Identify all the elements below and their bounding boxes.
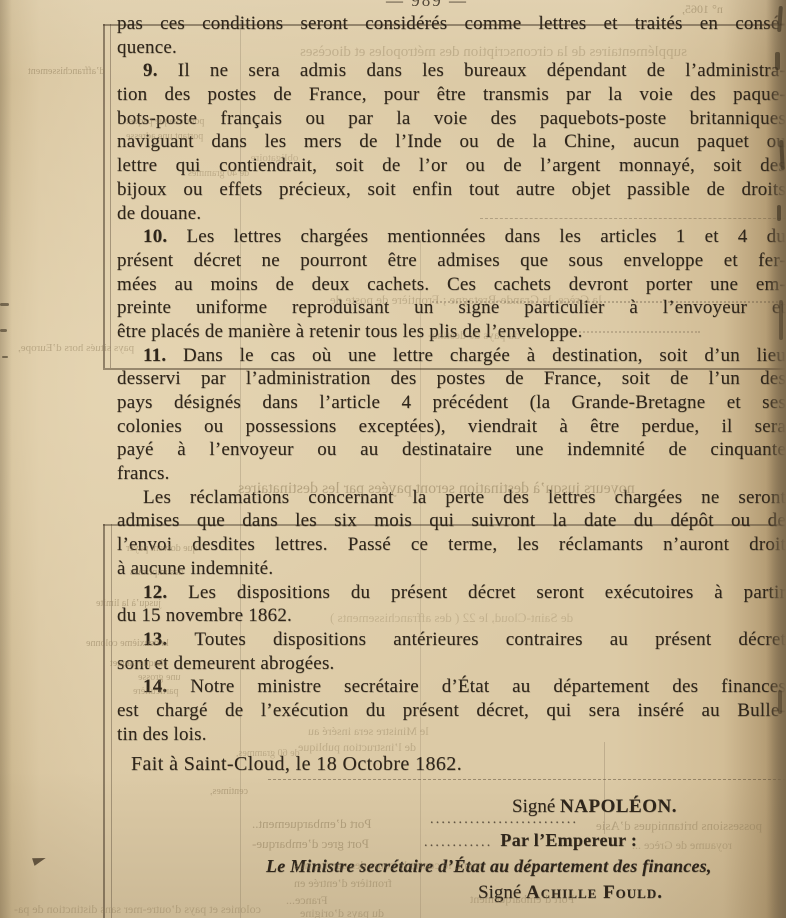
- article-number: 10.: [143, 226, 186, 247]
- decree-text-block: pas ces conditions seront considérés com…: [117, 12, 786, 746]
- text-line: 10. Les lettres chargées mentionnées dan…: [117, 225, 786, 249]
- text-line: sont et demeurent abrogées.: [117, 652, 786, 676]
- bleedthrough-text: jusqu’à la limite: [96, 598, 161, 609]
- bleedthrough-text: obligatoire,: [248, 152, 298, 164]
- text-line: tin des lois.: [117, 723, 786, 747]
- text-line: à aucune indemnité.: [117, 557, 786, 581]
- bleedthrough-text: n° 1065,: [682, 2, 723, 17]
- bleedthrough-text: de 60 grammes,: [236, 748, 300, 759]
- text-line: bijoux ou effets précieux, soit enfin to…: [117, 178, 786, 202]
- dotted-leader-row2: ............: [424, 835, 492, 851]
- bleedthrough-text: supplémentaires de la circonscription de…: [300, 44, 687, 61]
- right-edge-mark: [777, 205, 781, 221]
- box2-left-rule-outer: [103, 524, 105, 918]
- text-line: colonies ou possessions exceptées), vien…: [117, 415, 786, 439]
- bleedthrough-text: la Grèce, la Grande-Bretagne ; Frontière…: [330, 292, 602, 308]
- bleedthrough-text: frontière d’entrée en: [294, 876, 392, 891]
- margin-tick-mark: [32, 854, 47, 866]
- box1-left-rule-inner: [110, 24, 111, 368]
- text-line: admises que dans les six mois qui suivro…: [117, 509, 786, 533]
- scanned-page: — 989 — pas ces conditions seront consid…: [0, 0, 786, 918]
- bleedthrough-text: particulière: [133, 686, 179, 697]
- bleedthrough-text: de Saint-Cloud, le 22 ( des affranchisse…: [330, 610, 573, 626]
- bleedthrough-text: royaume de Grèce ...: [632, 838, 732, 853]
- bleedthrough-text: de l’instruction publique: [298, 740, 416, 755]
- bleedthrough-text: du pays d’origine: [300, 906, 384, 918]
- box2-left-rule-inner: [111, 524, 112, 918]
- bleedthrough-text: centimes,: [210, 786, 248, 797]
- bleedthrough-text: d’affranchissement: [28, 66, 104, 77]
- text-line: 14. Notre ministre secrétaire d’État au …: [117, 675, 786, 699]
- bleedthrough-text: que doivent payer: [126, 543, 198, 554]
- bleedthrough-text: chaque paquet: [110, 658, 167, 669]
- right-edge-mark: [778, 690, 782, 714]
- bleedthrough-text: colonies et pays d’outre-mer sans distin…: [14, 902, 261, 917]
- text-line: pays désignés dans l’article 4 précédent…: [117, 391, 786, 415]
- bleedthrough-text: pays situés hors d’Europe,: [18, 342, 134, 354]
- bleedthrough-text: Port grec d’embarque-: [252, 836, 369, 852]
- article-number: 11.: [143, 345, 183, 366]
- text-line: 11. Dans le cas où une lettre chargée à …: [117, 344, 786, 368]
- dashed-rule-under-date: [268, 779, 786, 780]
- page-left-edge-shadow: [0, 0, 12, 918]
- text-line: est chargé de l’exécution du présent déc…: [117, 699, 786, 723]
- right-edge-mark: [775, 52, 780, 70]
- adjacent-page-edge: [766, 0, 786, 918]
- text-line: l’envoi desdites lettres. Passé ce terme…: [117, 533, 786, 557]
- text-line: tion des postes de France, pour être tra…: [117, 83, 786, 107]
- text-line: bots-poste français ou par la voie des p…: [117, 107, 786, 131]
- text-line: payé à l’envoyeur ou au destinataire une…: [117, 438, 786, 462]
- bleedthrough-text: des imprimés: [130, 567, 184, 578]
- text-line: 12. Les dispositions du présent décret s…: [117, 581, 786, 605]
- date-line: Fait à Saint-Cloud, le 18 Octobre 1862.: [117, 753, 771, 776]
- right-edge-mark: [779, 300, 783, 340]
- article-number: 9.: [143, 60, 178, 81]
- bleedthrough-text: de 40 grammes: [188, 168, 249, 179]
- bleedthrough-text: la deuxième colonne: [86, 638, 169, 649]
- bleedthrough-text: Port d’embarquement: [470, 892, 574, 907]
- bleedthrough-text: portant une adresse: [126, 131, 203, 142]
- text-line: présent décret ne pourront être admises …: [117, 249, 786, 273]
- bleedthrough-text: une grosse: [138, 672, 181, 683]
- text-line: desservi par l’administration des postes…: [117, 367, 786, 391]
- bleedthrough-text: possessions britanniques d’Asie: [596, 818, 762, 834]
- bleedthrough-text: noyeurs jusqu’à destination seront payée…: [238, 480, 635, 498]
- text-line: de douane.: [117, 202, 786, 226]
- bleedthrough-text: ment, le contre le cours des agents, nos: [294, 858, 482, 873]
- text-line: 9. Il ne sera admis dans les bureaux dép…: [117, 59, 786, 83]
- page-number: — 989 —: [386, 0, 468, 11]
- bleedthrough-text: Port d’embarquement..: [252, 816, 372, 832]
- bleedthrough-text: le Ministre sera inséré au: [308, 724, 429, 739]
- bleedthrough-text: pour chaque paquet: [126, 116, 204, 127]
- text-line: 13. Toutes dispositions antérieures cont…: [117, 628, 786, 652]
- dotted-leader-row1: ..........................: [430, 812, 578, 828]
- bleedthrough-text: du pays de destina-: [428, 328, 520, 343]
- text-line: naviguant dans les mers de l’Inde ou de …: [117, 130, 786, 154]
